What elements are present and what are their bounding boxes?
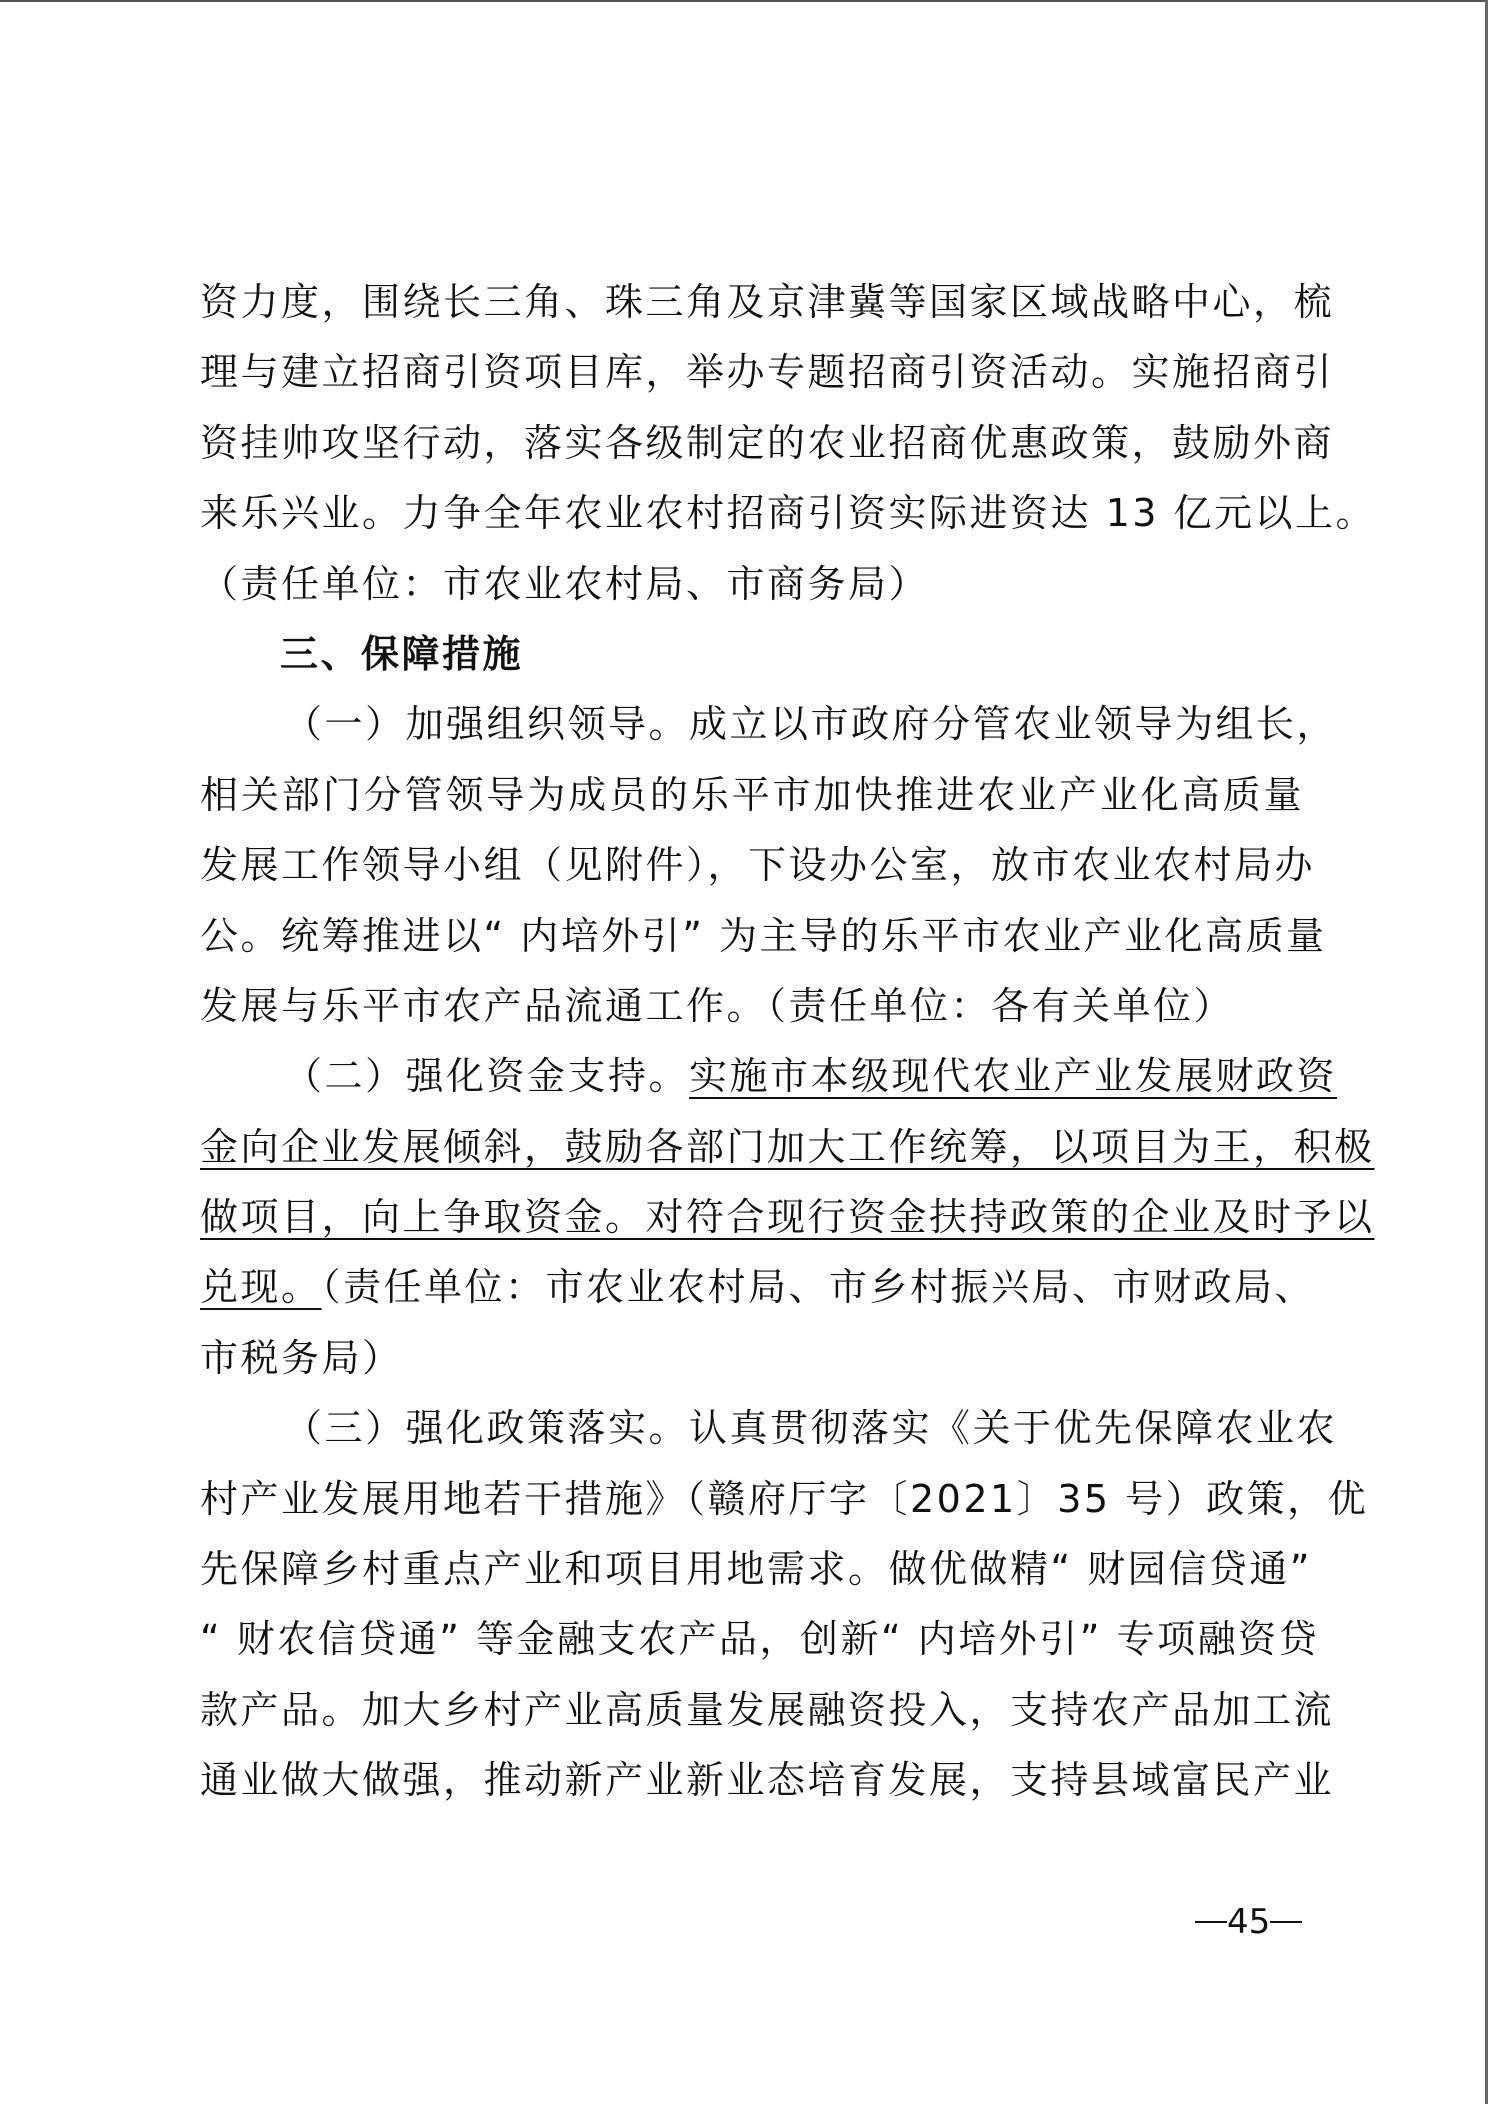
text-line: （三）强化政策落实。认真贯彻落实《关于优先保障农业农	[200, 1393, 1304, 1463]
measure-policy-implementation: （三）强化政策落实。认真贯彻落实《关于优先保障农业农 村产业发展用地若干措施》（…	[200, 1393, 1304, 1815]
text-line: （二）强化资金支持。实施市本级现代农业产业发展财政资	[200, 1041, 1304, 1111]
section-heading: 三、保障措施	[200, 619, 1304, 689]
text-line: “ 财农信贷通” 等金融支农产品，创新“ 内培外引” 专项融资贷	[200, 1604, 1304, 1674]
text-line: 兑现。（责任单位：市农业农村局、市乡村振兴局、市财政局、	[200, 1252, 1304, 1322]
text-line: 款产品。加大乡村产业高质量发展融资投入，支持农产品加工流	[200, 1675, 1304, 1745]
investment-paragraph: 资力度，围绕长三角、珠三角及京津冀等国家区域战略中心，梳 理与建立招商引资项目库…	[200, 267, 1304, 619]
text-line: 做项目，向上争取资金。对符合现行资金扶持政策的企业及时予以	[200, 1182, 1304, 1252]
underlined-text: 兑现。	[200, 1265, 322, 1309]
text-line: 通业做大做强，推动新产业新业态培育发展，支持县域富民产业	[200, 1745, 1304, 1815]
text-line: 先保障乡村重点产业和项目用地需求。做优做精“ 财园信贷通”	[200, 1534, 1304, 1604]
text-line: 公。统筹推进以“ 内培外引” 为主导的乐平市农业产业化高质量	[200, 901, 1304, 971]
text-line: 来乐兴业。力争全年农业农村招商引资实际进资达 13 亿元以上。	[200, 478, 1304, 548]
text-line: 资力度，围绕长三角、珠三角及京津冀等国家区域战略中心，梳	[200, 267, 1304, 337]
text-line: 资挂帅攻坚行动，落实各级制定的农业招商优惠政策，鼓励外商	[200, 408, 1304, 478]
text-line: 金向企业发展倾斜，鼓励各部门加大工作统筹，以项目为王，积极	[200, 1112, 1304, 1182]
document-body: 资力度，围绕长三角、珠三角及京津冀等国家区域战略中心，梳 理与建立招商引资项目库…	[200, 267, 1304, 1816]
measure-organization-leadership: （一）加强组织领导。成立以市政府分管农业领导为组长， 相关部门分管领导为成员的乐…	[200, 689, 1304, 1041]
underlined-text: 做项目，向上争取资金。对符合现行资金扶持政策的企业及时予以	[200, 1195, 1375, 1239]
measure-funding-support: （二）强化资金支持。实施市本级现代农业产业发展财政资 金向企业发展倾斜，鼓励各部…	[200, 1041, 1304, 1393]
page-number-dash-right	[1270, 1921, 1302, 1923]
text-line: 发展与乐平市农产品流通工作。（责任单位：各有关单位）	[200, 971, 1304, 1041]
text-line: 市税务局）	[200, 1323, 1304, 1393]
text-line: （责任单位：市农业农村局、市商务局）	[200, 549, 1304, 619]
page-frame-top-border	[0, 0, 1488, 2]
text-line: 村产业发展用地若干措施》（赣府厅字〔2021〕35 号）政策，优	[200, 1464, 1304, 1534]
page-number-dash-left	[1195, 1921, 1227, 1923]
underlined-text: 金向企业发展倾斜，鼓励各部门加大工作统筹，以项目为王，积极	[200, 1125, 1375, 1169]
page-number-value: 45	[1227, 1902, 1270, 1942]
text-line: 相关部门分管领导为成员的乐平市加快推进农业产业化高质量	[200, 760, 1304, 830]
measure-title: （二）强化资金支持。	[284, 1054, 689, 1098]
text-line: 理与建立招商引资项目库，举办专题招商引资活动。实施招商引	[200, 337, 1304, 407]
responsible-units: （责任单位：市农业农村局、市乡村振兴局、市财政局、	[322, 1265, 1316, 1309]
page-number: 45	[1195, 1902, 1302, 1942]
text-line: 发展工作领导小组（见附件），下设办公室，放市农业农村局办	[200, 830, 1304, 900]
text-line: （一）加强组织领导。成立以市政府分管农业领导为组长，	[200, 689, 1304, 759]
underlined-text: 实施市本级现代农业产业发展财政资	[689, 1054, 1337, 1098]
